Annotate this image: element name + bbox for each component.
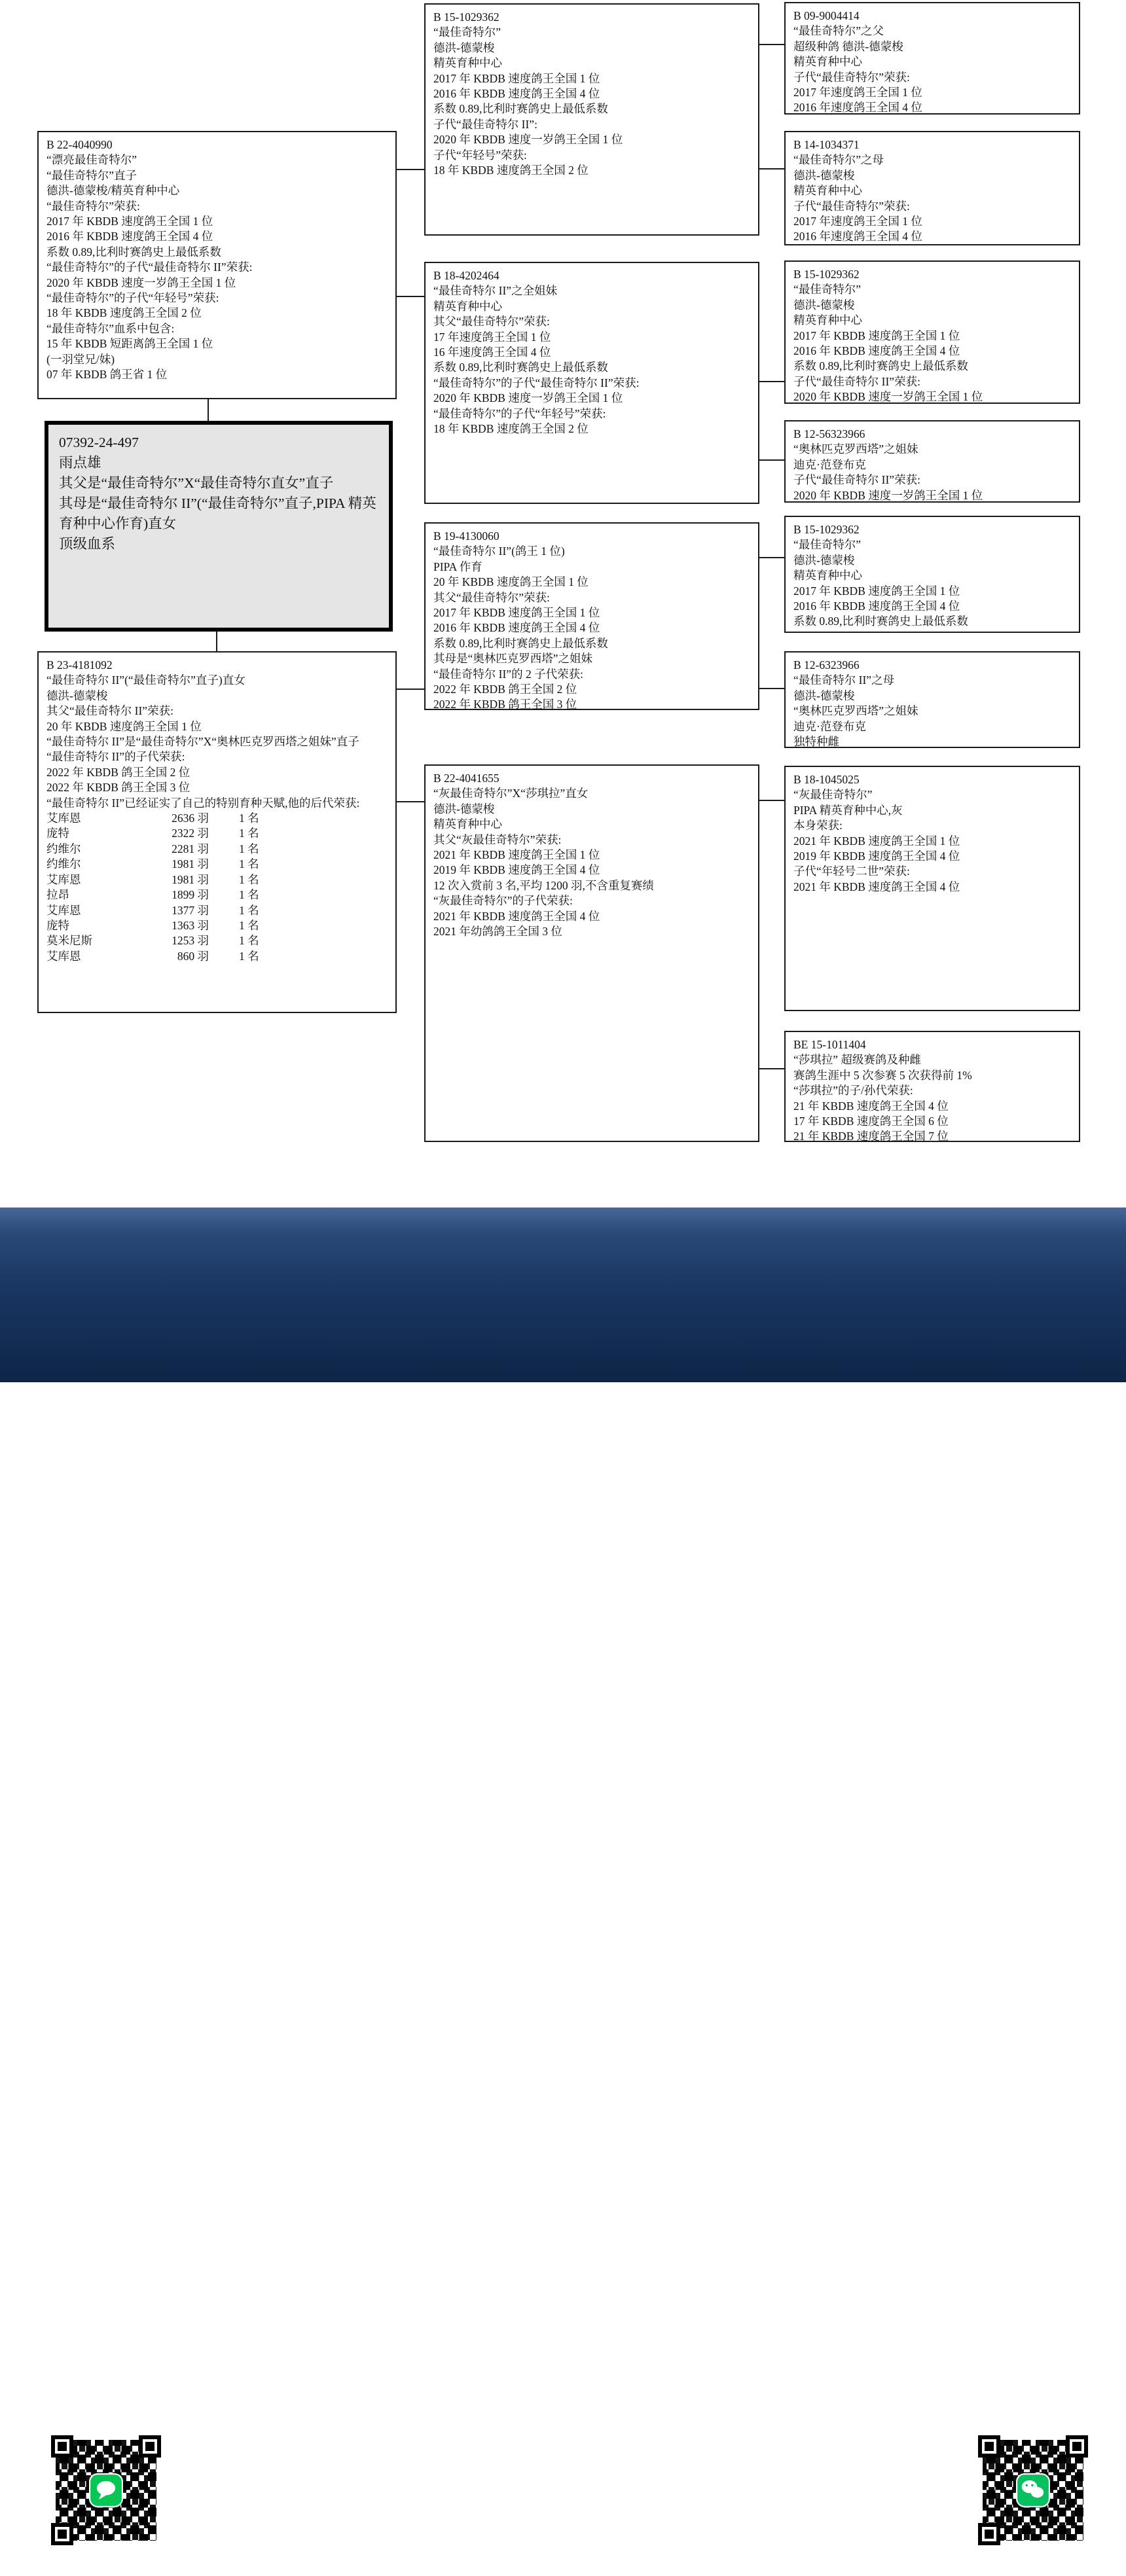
pedigree-line: “最佳奇特尔” [793, 282, 1071, 297]
pedigree-line: 其母是“奥林匹克罗西塔”之姐妹 [433, 651, 750, 666]
feather-icon [211, 2424, 271, 2459]
pedigree-lines: “莎琪拉” 超级赛鸽及种雌赛鸽生涯中 5 次参赛 5 次获得前 1%“莎琪拉”的… [793, 1052, 1071, 1144]
pedigree-line: 德洪-德蒙梭 [793, 689, 1071, 704]
pedigree-line: 德洪-德蒙梭 [793, 168, 1071, 183]
pedigree-line: 子代“年轻号二世”荣获: [793, 864, 1071, 879]
pedigree-line: 系数 0.89,比利时赛鸽史上最低系数 [793, 614, 1071, 629]
pedigree-line: “最佳奇特尔”荣获: [46, 199, 388, 214]
pedigree-line: 子代“年轻号”荣获: [433, 148, 750, 163]
pedigree-line: 2017 年速度鸽王全国 1 位 [793, 85, 1071, 100]
herbots-logo: Herbots [191, 2417, 486, 2488]
result-cell: 艾库恩 [46, 872, 133, 887]
pedigree-line: “最佳奇特尔 II”(鸽王 1 位) [433, 544, 750, 559]
pedigree-line: 2020 年 KBDB 速度一岁鸽王全国 1 位 [433, 391, 750, 406]
result-row: 庞特1363 羽1 名 [46, 918, 388, 933]
result-cell: 1 名 [209, 918, 388, 933]
pedigree-lines: “最佳奇特尔”德洪-德蒙梭精英育种中心2017 年 KBDB 速度鸽王全国 1 … [793, 282, 1071, 404]
pedigree-lines: “最佳奇特尔 II”之全姐妹精英育种中心其父“最佳奇特尔”荣获:17 年速度鸽王… [433, 283, 750, 437]
contact-taiwan: 台灣聯絡人盧婉婷小姐: +32 471 19 55 24 [232, 2524, 543, 2543]
pedigree-line: 德洪-德蒙梭 [433, 802, 750, 817]
pedigree-line: 2016 年 KBDB 速度鸽王全国 4 位 [793, 599, 1071, 614]
result-cell: 2636 羽 [133, 811, 209, 826]
result-cell: 1 名 [209, 887, 388, 903]
pedigree-line: 精英育种中心 [793, 54, 1071, 69]
pedigree-box-ggp-5: B 15-1029362 “最佳奇特尔”德洪-德蒙梭精英育种中心2017 年 K… [784, 516, 1080, 633]
pedigree-lines: “最佳奇特尔”德洪-德蒙梭精英育种中心2017 年 KBDB 速度鸽王全国 1 … [433, 25, 750, 178]
pedigree-line: 独特种雌 [793, 734, 1071, 749]
pedigree-line: “最佳奇特尔”之父 [793, 24, 1071, 39]
result-row: 庞特2322 羽1 名 [46, 826, 388, 841]
pedigree-lines: “最佳奇特尔”之父超级种鸽 德洪-德蒙梭精英育种中心子代“最佳奇特尔”荣获:20… [793, 24, 1071, 115]
pedigree-line: 18 年 KBDB 速度鸽王全国 2 位 [433, 163, 750, 178]
result-cell: 1253 羽 [133, 933, 209, 948]
line-chat-icon [89, 2473, 123, 2507]
pedigree-box-paternal-grandsire: B 15-1029362 “最佳奇特尔”德洪-德蒙梭精英育种中心2017 年 K… [424, 3, 759, 236]
pedigree-line: 2022 年 KBDB 鸽王全国 2 位 [46, 765, 388, 780]
pedigree-line: 其父“最佳奇特尔”荣获: [433, 314, 750, 329]
result-cell: 1 名 [209, 826, 388, 841]
ring-number: BE 15-1011404 [793, 1037, 1071, 1052]
result-cell: 艾库恩 [46, 903, 133, 918]
pedigree-line: 系数 0.89,比利时赛鸽史上最低系数 [46, 245, 388, 260]
result-cell: 1377 羽 [133, 903, 209, 918]
pedigree-line: 2022 年 KBDB 鸽王全国 3 位 [46, 780, 388, 795]
pedigree-line: (一羽堂兄/妹) [46, 352, 388, 367]
connector-line [759, 44, 784, 45]
connector-line [759, 459, 784, 461]
pedigree-line: 2019 年 KBDB 速度鸽王全国 4 位 [793, 849, 1071, 864]
pedigree-line: “莎琪拉” 超级赛鸽及种雌 [793, 1052, 1071, 1067]
contact-china: 中国联络人逯晾一先生: +86 131 2015 0755 [570, 2524, 894, 2543]
ring-number: B 22-4040990 [46, 137, 388, 152]
pedigree-line: 2021 年 KBDB 速度鸽王全国 1 位 [433, 848, 750, 863]
ring-number: B 18-1045025 [793, 772, 1071, 787]
pedigree-line: “漂亮最佳奇特尔” [46, 152, 388, 168]
pedigree-line: 20 年 KBDB 速度鸽王全国 1 位 [46, 719, 388, 734]
pedigree-line: 2017 年 KBDB 速度鸽王全国 1 位 [793, 329, 1071, 344]
pedigree-line: 2021 年 KBDB 速度鸽王全国 4 位 [793, 880, 1071, 895]
pedigree-line: 12 次入赏前 3 名,平均 1200 羽,不含重复赛绩 [433, 878, 750, 893]
pedigree-line: “最佳奇特尔 II”是“最佳奇特尔”X“奥林匹克罗西塔之姐妹”直子 [46, 734, 388, 749]
connector-line [397, 169, 424, 170]
pedigree-line: PIPA 作育 [433, 560, 750, 575]
result-cell: 1981 羽 [133, 857, 209, 872]
result-cell: 庞特 [46, 826, 133, 841]
pedigree-line: 本身荣获: [793, 818, 1071, 833]
connector-line [759, 1068, 784, 1069]
connector-line [759, 381, 784, 382]
result-cell: 莫米尼斯 [46, 933, 133, 948]
pedigree-line: “莎琪拉”的子/孙代荣获: [793, 1083, 1071, 1098]
pedigree-line: 18 年 KBDB 速度鸽王全国 2 位 [433, 421, 750, 437]
pedigree-line: “灰最佳奇特尔” [793, 787, 1071, 802]
pedigree-line: 顶级血系 [59, 534, 378, 554]
pedigree-line: 2016 年 KBDB 速度鸽王全国 4 位 [46, 229, 388, 244]
pedigree-lines: “最佳奇特尔”德洪-德蒙梭精英育种中心2017 年 KBDB 速度鸽王全国 1 … [793, 537, 1071, 629]
pedigree-line: 子代“最佳奇特尔 II”荣获: [793, 374, 1071, 389]
result-row: 约维尔1981 羽1 名 [46, 857, 388, 872]
pedigree-line: 17 年速度鸽王全国 1 位 [433, 330, 750, 345]
connector-line [759, 688, 784, 689]
pedigree-lines: “奥林匹克罗西塔”之姐妹迪克·范登布克子代“最佳奇特尔 II”荣获:2020 年… [793, 442, 1071, 503]
pedigree-line: 2016 年速度鸽王全国 4 位 [793, 229, 1071, 244]
footer-banner: Herbots 品质至上 WWW.HERBOTS.BE jo@herbots.b… [0, 1207, 1126, 1382]
brand-wordmark: Herbots [260, 2427, 485, 2484]
pedigree-line: 德洪-德蒙梭 [433, 41, 750, 56]
pedigree-box-sire: B 22-4040990 “漂亮最佳奇特尔”“最佳奇特尔”直子德洪-德蒙梭/精英… [37, 131, 397, 399]
pedigree-page: B 22-4040990 “漂亮最佳奇特尔”“最佳奇特尔”直子德洪-德蒙梭/精英… [0, 0, 1126, 1382]
pedigree-line: “奥林匹克罗西塔”之姐妹 [793, 704, 1071, 719]
ring-number: B 22-4041655 [433, 771, 750, 786]
result-cell: 1 名 [209, 949, 388, 964]
qr-finder-icon [51, 2523, 73, 2545]
pedigree-line: 雨点雄 [59, 453, 378, 473]
pedigree-line: “最佳奇特尔” [793, 537, 1071, 552]
pedigree-line: 2017 年速度鸽王全国 1 位 [793, 214, 1071, 229]
pedigree-box-maternal-granddam: B 22-4041655 “灰最佳奇特尔”X“莎琪拉”直女德洪-德蒙梭精英育种中… [424, 764, 759, 1142]
ring-number: B 09-9004414 [793, 9, 1071, 24]
pedigree-line: 德洪-德蒙梭/精英育种中心 [46, 183, 388, 198]
result-cell: 2322 羽 [133, 826, 209, 841]
pedigree-line: 德洪-德蒙梭 [793, 553, 1071, 568]
pedigree-line: “最佳奇特尔”血系中包含: [46, 321, 388, 336]
pedigree-line: 17 年 KBDB 速度鸽王全国 6 位 [793, 1114, 1071, 1129]
result-cell: 1 名 [209, 811, 388, 826]
qr-finder-icon [139, 2435, 161, 2458]
result-cell: 1 名 [209, 857, 388, 872]
pedigree-line: 07 年 KBDB 鸽王省 1 位 [46, 367, 388, 382]
pedigree-line: “最佳奇特尔”的子代“年轻号”荣获: [433, 406, 750, 421]
pedigree-line: 2017 年 KBDB 速度鸽王全国 1 位 [433, 71, 750, 86]
pedigree-line: 精英育种中心 [793, 313, 1071, 328]
pedigree-box-ggp-7: B 18-1045025 “灰最佳奇特尔”PIPA 精英育种中心,灰本身荣获:2… [784, 766, 1080, 1011]
pedigree-line: 精英育种中心 [793, 568, 1071, 583]
connector-line [216, 632, 217, 651]
pedigree-line: 21 年 KBDB 速度鸽王全国 7 位 [793, 1129, 1071, 1144]
pedigree-lines: “最佳奇特尔 II”(鸽王 1 位)PIPA 作育20 年 KBDB 速度鸽王全… [433, 544, 750, 712]
pedigree-line: 其父“最佳奇特尔 II”荣获: [46, 704, 388, 719]
pedigree-line: 2020 年 KBDB 速度一岁鸽王全国 1 位 [793, 488, 1071, 503]
pedigree-line: 2020 年 KBDB 速度一岁鸽王全国 1 位 [433, 132, 750, 147]
pedigree-box-ggp-6: B 12-6323966 “最佳奇特尔 II”之母德洪-德蒙梭“奥林匹克罗西塔”… [784, 651, 1080, 748]
pedigree-line: 子代“最佳奇特尔 II”荣获: [793, 473, 1071, 488]
qr-finder-icon [978, 2523, 1000, 2545]
pedigree-line: “最佳奇特尔” [433, 25, 750, 40]
ring-number: B 15-1029362 [433, 10, 750, 25]
connector-line [397, 689, 424, 690]
pedigree-line: “灰最佳奇特尔”的子代荣获: [433, 893, 750, 908]
result-cell: 1363 羽 [133, 918, 209, 933]
pedigree-lines: “最佳奇特尔 II”之母德洪-德蒙梭“奥林匹克罗西塔”之姐妹迪克·范登布克独特种… [793, 673, 1071, 749]
pedigree-line: 赛鸽生涯中 5 次参赛 5 次获得前 1% [793, 1068, 1071, 1083]
pedigree-line: 2017 年 KBDB 速度鸽王全国 1 位 [46, 214, 388, 229]
result-row: 艾库恩1377 羽1 名 [46, 903, 388, 918]
pedigree-lines: “漂亮最佳奇特尔”“最佳奇特尔”直子德洪-德蒙梭/精英育种中心“最佳奇特尔”荣获… [46, 152, 388, 382]
slogan-text: 品质至上 [486, 2426, 656, 2481]
pedigree-line: 精英育种中心 [433, 56, 750, 71]
result-row: 约维尔2281 羽1 名 [46, 842, 388, 857]
subject-ring-number: 07392-24-497 [59, 433, 378, 453]
pedigree-line: 子代“最佳奇特尔 II”: [433, 117, 750, 132]
pedigree-line: 超级种鸽 德洪-德蒙梭 [793, 39, 1071, 54]
pedigree-line: 精英育种中心 [793, 183, 1071, 198]
connector-line [759, 557, 784, 558]
pedigree-line: “最佳奇特尔 II”之全姐妹 [433, 283, 750, 298]
pedigree-line: 2020 年 KBDB 速度一岁鸽王全国 1 位 [793, 389, 1071, 404]
result-cell: 庞特 [46, 918, 133, 933]
ring-number: B 12-6323966 [793, 658, 1071, 673]
result-cell: 艾库恩 [46, 949, 133, 964]
pedigree-line: 2021 年 KBDB 速度鸽王全国 4 位 [433, 909, 750, 924]
pedigree-line: 精英育种中心 [433, 299, 750, 314]
qr-finder-icon [1066, 2435, 1088, 2458]
result-cell: 1 名 [209, 872, 388, 887]
pedigree-line: 2021 年幼鸽鸽王全国 3 位 [433, 924, 750, 939]
offspring-results-table: 艾库恩2636 羽1 名庞特2322 羽1 名约维尔2281 羽1 名约维尔19… [46, 811, 388, 964]
connector-line [397, 296, 424, 297]
pedigree-line: 2022 年 KBDB 鸽王全国 2 位 [433, 682, 750, 697]
ring-number: B 18-4202464 [433, 268, 750, 283]
pedigree-line: 系数 0.89,比利时赛鸽史上最低系数 [433, 360, 750, 375]
result-cell: 2281 羽 [133, 842, 209, 857]
pedigree-line: 2020 年 KBDB 速度一岁鸽王全国 1 位 [46, 276, 388, 291]
pedigree-box-paternal-granddam: B 18-4202464 “最佳奇特尔 II”之全姐妹精英育种中心其父“最佳奇特… [424, 262, 759, 504]
pedigree-line: 2022 年 KBDB 鸽王全国 3 位 [433, 697, 750, 712]
tagline-text: 贺伯特家族...秉持品质第一与诚实可靠,力求提供完美的服务! [105, 2545, 1021, 2576]
pedigree-box-subject: 07392-24-497 雨点雄其父是“最佳奇特尔”X“最佳奇特尔直女”直子其母… [45, 421, 393, 632]
pedigree-line: “最佳奇特尔”的子代“年轻号”荣获: [46, 291, 388, 306]
qr-finder-icon [51, 2435, 73, 2458]
pedigree-box-maternal-grandsire: B 19-4130060 “最佳奇特尔 II”(鸽王 1 位)PIPA 作育20… [424, 522, 759, 710]
line-qr-code [51, 2435, 161, 2545]
pedigree-lines: “最佳奇特尔”之母德洪-德蒙梭精英育种中心子代“最佳奇特尔”荣获:2017 年速… [793, 152, 1071, 244]
pedigree-line: “最佳奇特尔 II”的子代荣获: [46, 749, 388, 764]
pedigree-line: 2016 年速度鸽王全国 4 位 [793, 100, 1071, 115]
pedigree-line: 2017 年 KBDB 速度鸽王全国 1 位 [433, 605, 750, 620]
pedigree-box-ggp-1: B 09-9004414 “最佳奇特尔”之父超级种鸽 德洪-德蒙梭精英育种中心子… [784, 2, 1080, 115]
wechat-icon [1016, 2473, 1050, 2507]
pedigree-lines: “灰最佳奇特尔”X“莎琪拉”直女德洪-德蒙梭精英育种中心其父“灰最佳奇特尔”荣获… [433, 786, 750, 939]
ring-number: B 15-1029362 [793, 522, 1071, 537]
result-cell: 约维尔 [46, 857, 133, 872]
pedigree-box-ggp-4: B 12-56323966 “奥林匹克罗西塔”之姐妹迪克·范登布克子代“最佳奇特… [784, 420, 1080, 503]
pedigree-line: 其父是“最佳奇特尔”X“最佳奇特尔直女”直子 [59, 473, 378, 493]
pedigree-line: “最佳奇特尔”的子代“最佳奇特尔 II”荣获: [433, 376, 750, 391]
qr-finder-icon [978, 2435, 1000, 2458]
pedigree-line: 其父“最佳奇特尔”荣获: [433, 590, 750, 605]
pedigree-line: 子代“最佳奇特尔”荣获: [793, 199, 1071, 214]
pedigree-line: 其母是“最佳奇特尔 II”(“最佳奇特尔”直子,PIPA 精英育种中心作育)直女 [59, 493, 378, 534]
connector-line [759, 168, 784, 170]
ring-number: B 23-4181092 [46, 658, 388, 673]
pedigree-line: 精英育种中心 [433, 817, 750, 832]
pedigree-line: 2017 年 KBDB 速度鸽王全国 1 位 [793, 584, 1071, 599]
ring-number: B 12-56323966 [793, 427, 1071, 442]
pedigree-line: 21 年 KBDB 速度鸽王全国 4 位 [793, 1099, 1071, 1114]
pedigree-line: “最佳奇特尔 II”之母 [793, 673, 1071, 688]
connector-line [208, 399, 209, 421]
result-cell: 约维尔 [46, 842, 133, 857]
pedigree-line: 2021 年 KBDB 速度鸽王全国 1 位 [793, 834, 1071, 849]
result-cell: 860 羽 [133, 949, 209, 964]
pedigree-line: “最佳奇特尔 II”已经证实了自己的特别育种天赋,他的后代荣获: [46, 796, 388, 811]
pedigree-line: 2019 年 KBDB 速度鸽王全国 4 位 [433, 863, 750, 878]
result-row: 艾库恩860 羽1 名 [46, 949, 388, 964]
result-row: 艾库恩2636 羽1 名 [46, 811, 388, 826]
pedigree-line: 其父“灰最佳奇特尔”荣获: [433, 832, 750, 848]
result-cell: 1 名 [209, 903, 388, 918]
connector-line [397, 801, 424, 802]
email-addresses: jo@herbots.be - miet@herbots.be - wangti… [157, 2492, 969, 2513]
subject-lines: 雨点雄其父是“最佳奇特尔”X“最佳奇特尔直女”直子其母是“最佳奇特尔 II”(“… [59, 453, 378, 554]
result-cell: 1 名 [209, 933, 388, 948]
pedigree-line: “最佳奇特尔”之母 [793, 152, 1071, 168]
pedigree-line: 15 年 KBDB 短距离鸽王全国 1 位 [46, 336, 388, 351]
pedigree-lines: “灰最佳奇特尔”PIPA 精英育种中心,灰本身荣获:2021 年 KBDB 速度… [793, 787, 1071, 895]
result-row: 艾库恩1981 羽1 名 [46, 872, 388, 887]
result-cell: 1 名 [209, 842, 388, 857]
pedigree-line: 18 年 KBDB 速度鸽王全国 2 位 [46, 306, 388, 321]
pedigree-box-ggp-2: B 14-1034371 “最佳奇特尔”之母德洪-德蒙梭精英育种中心子代“最佳奇… [784, 131, 1080, 245]
contact-line: 台灣聯絡人盧婉婷小姐: +32 471 19 55 24 中国联络人逯晾一先生:… [118, 2519, 1008, 2545]
ring-number: B 14-1034371 [793, 137, 1071, 152]
ring-number: B 15-1029362 [793, 267, 1071, 282]
wechat-qr-code [978, 2435, 1088, 2545]
pedigree-line: 系数 0.89,比利时赛鸽史上最低系数 [433, 101, 750, 116]
pedigree-line: “最佳奇特尔”直子 [46, 168, 388, 183]
pedigree-line: 系数 0.89,比利时赛鸽史上最低系数 [433, 636, 750, 651]
pedigree-line: 系数 0.89,比利时赛鸽史上最低系数 [793, 359, 1071, 374]
pedigree-line: 2016 年 KBDB 速度鸽王全国 4 位 [433, 620, 750, 635]
pedigree-line: 德洪-德蒙梭 [793, 298, 1071, 313]
pedigree-lines: “最佳奇特尔 II”(“最佳奇特尔”直子)直女德洪-德蒙梭其父“最佳奇特尔 II… [46, 673, 388, 811]
pedigree-line: 2016 年 KBDB 速度鸽王全国 4 位 [433, 86, 750, 101]
pedigree-line: “最佳奇特尔”的子代“最佳奇特尔 II”荣获: [46, 260, 388, 275]
pedigree-line: “奥林匹克罗西塔”之姐妹 [793, 442, 1071, 457]
pedigree-line: 16 年速度鸽王全国 4 位 [433, 345, 750, 360]
pedigree-line: 迪克·范登布克 [793, 719, 1071, 734]
pedigree-line: 2016 年 KBDB 速度鸽王全国 4 位 [793, 344, 1071, 359]
ring-number: B 19-4130060 [433, 529, 750, 544]
pedigree-line: PIPA 精英育种中心,灰 [793, 803, 1071, 818]
website-url: WWW.HERBOTS.BE [663, 2446, 930, 2477]
pedigree-line: 迪克·范登布克 [793, 457, 1071, 473]
pedigree-line: “灰最佳奇特尔”X“莎琪拉”直女 [433, 786, 750, 801]
result-cell: 艾库恩 [46, 811, 133, 826]
result-cell: 拉昂 [46, 887, 133, 903]
pedigree-line: “最佳奇特尔 II”的 2 子代荣获: [433, 667, 750, 682]
pedigree-line: “最佳奇特尔 II”(“最佳奇特尔”直子)直女 [46, 673, 388, 688]
pedigree-box-ggp-3: B 15-1029362 “最佳奇特尔”德洪-德蒙梭精英育种中心2017 年 K… [784, 260, 1080, 404]
result-row: 莫米尼斯1253 羽1 名 [46, 933, 388, 948]
connector-line [759, 800, 784, 801]
pedigree-box-ggp-8: BE 15-1011404 “莎琪拉” 超级赛鸽及种雌赛鸽生涯中 5 次参赛 5… [784, 1031, 1080, 1142]
result-row: 拉昂1899 羽1 名 [46, 887, 388, 903]
pedigree-line: 德洪-德蒙梭 [46, 689, 388, 704]
result-cell: 1981 羽 [133, 872, 209, 887]
pedigree-line: 20 年 KBDB 速度鸽王全国 1 位 [433, 575, 750, 590]
pedigree-line: 子代“最佳奇特尔”荣获: [793, 70, 1071, 85]
result-cell: 1899 羽 [133, 887, 209, 903]
pedigree-box-dam: B 23-4181092 “最佳奇特尔 II”(“最佳奇特尔”直子)直女德洪-德… [37, 651, 397, 1013]
